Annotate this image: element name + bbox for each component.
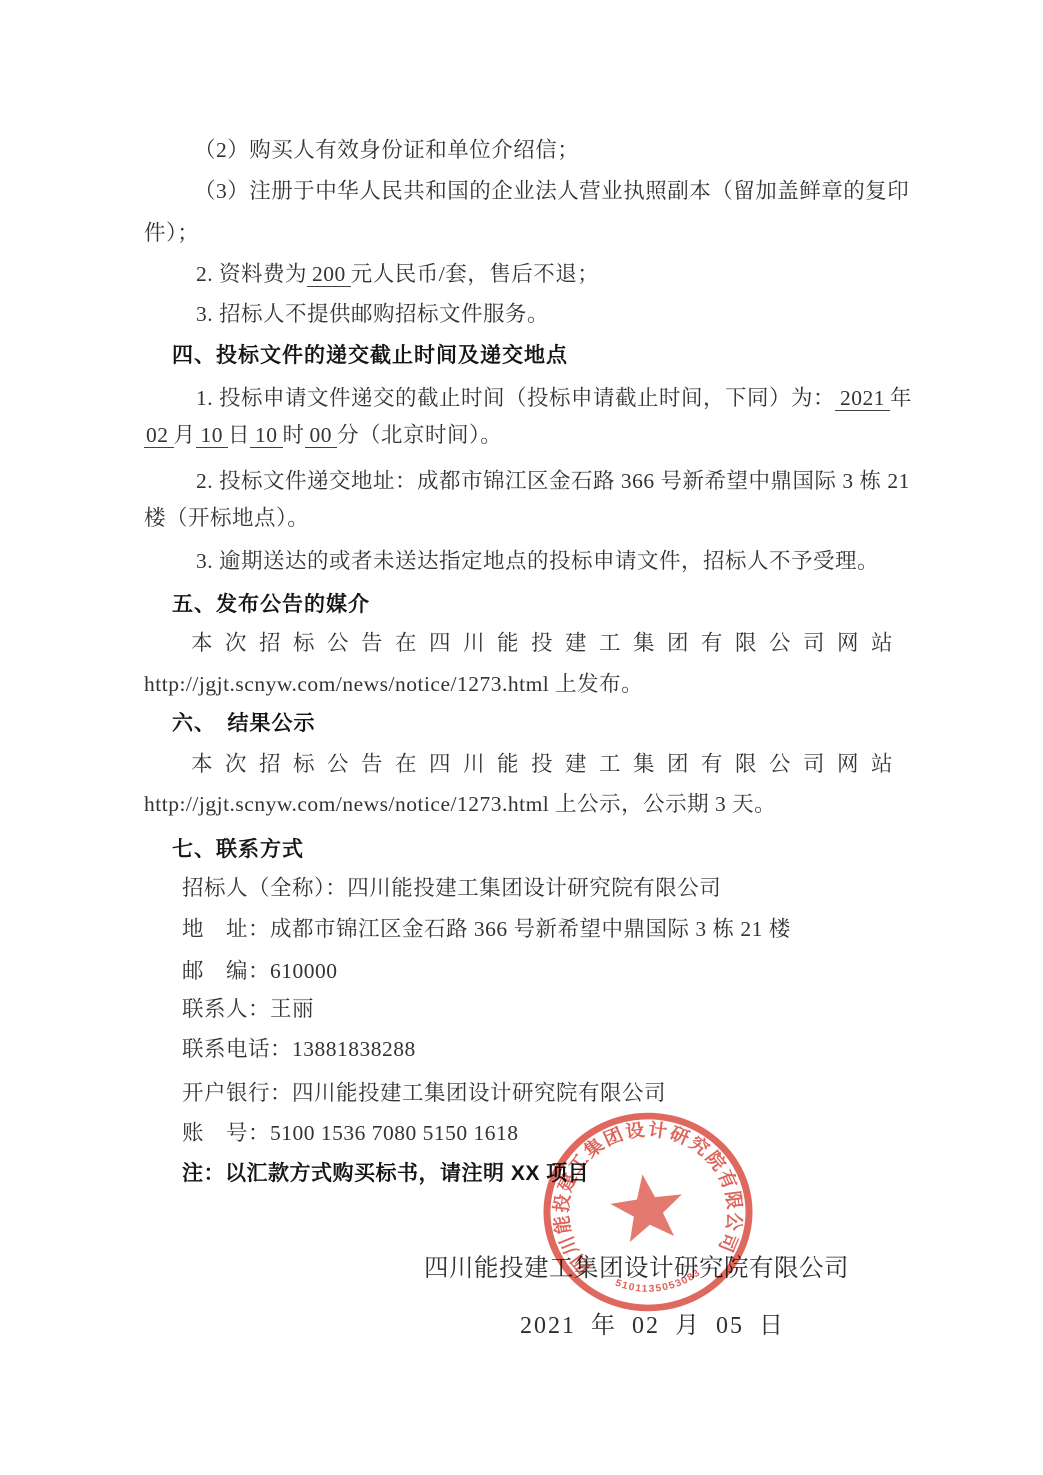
signature-company: 四川能投建工集团设计研究院有限公司 bbox=[424, 1249, 849, 1284]
fee-tail: 元人民币/套，售后不退； bbox=[351, 262, 599, 286]
contact-person-line: 联系人：王丽 bbox=[144, 996, 946, 1023]
deadline-day-unit: 日 bbox=[228, 423, 250, 447]
item-3-line2: 件）； bbox=[144, 220, 908, 247]
postcode-line: 邮 编：610000 bbox=[144, 958, 946, 985]
section-4-heading: 四、投标文件的递交截止时间及递交地点 bbox=[144, 342, 936, 369]
deadline-tail: 分（北京时间）。 bbox=[337, 423, 502, 447]
bank-line: 开户银行：四川能投建工集团设计研究院有限公司 bbox=[144, 1080, 946, 1107]
deadline-year-unit: 年 bbox=[890, 386, 912, 410]
fee-amount-underlined: 200 bbox=[307, 262, 351, 287]
submit-address-line1: 2. 投标文件递交地址：成都市锦江区金石路 366 号新希望中鼎国际 3 栋 2… bbox=[144, 468, 960, 495]
section-6-heading: 六、 结果公示 bbox=[144, 710, 936, 737]
deadline-hour-underlined: 10 bbox=[250, 423, 283, 448]
submit-address-line2: 楼（开标地点）。 bbox=[144, 505, 908, 532]
document-page: （2）购买人有效身份证和单位介绍信； （3）注册于中华人民共和国的企业法人营业执… bbox=[0, 0, 1043, 1475]
deadline-minute-underlined: 00 bbox=[305, 423, 338, 448]
fee-line: 2. 资料费为200元人民币/套，售后不退； bbox=[144, 261, 960, 288]
no-mail-line: 3. 招标人不提供邮购招标文件服务。 bbox=[144, 301, 960, 328]
section-5-heading: 五、发布公告的媒介 bbox=[144, 591, 936, 618]
tenderer-line: 招标人（全称）：四川能投建工集团设计研究院有限公司 bbox=[144, 875, 946, 902]
deadline-month-unit: 月 bbox=[174, 423, 196, 447]
result-publicity-line1: 本次招标公告在四川能投建工集团有限公司网站 bbox=[144, 751, 955, 778]
address-line: 地 址：成都市锦江区金石路 366 号新希望中鼎国际 3 栋 21 楼 bbox=[144, 916, 946, 943]
account-number-line: 账 号：5100 1536 7080 5150 1618 bbox=[144, 1120, 946, 1147]
fee-text: 2. 资料费为 bbox=[196, 262, 307, 286]
deadline-line2: 02月10日10时00分（北京时间）。 bbox=[144, 422, 908, 449]
remittance-note-line: 注：以汇款方式购买标书，请注明 XX 项目 bbox=[144, 1160, 946, 1187]
deadline-line1: 1. 投标申请文件递交的截止时间（投标申请截止时间，下同）为：2021年 bbox=[144, 385, 960, 412]
deadline-day-underlined: 10 bbox=[196, 423, 229, 448]
late-delivery-line: 3. 逾期送达的或者未送达指定地点的投标申请文件，招标人不予受理。 bbox=[144, 548, 960, 575]
item-3-line1: （3）注册于中华人民共和国的企业法人营业执照副本（留加盖鲜章的复印 bbox=[144, 178, 958, 205]
publish-media-line1: 本次招标公告在四川能投建工集团有限公司网站 bbox=[144, 630, 955, 657]
deadline-hour-unit: 时 bbox=[283, 423, 305, 447]
item-2: （2）购买人有效身份证和单位介绍信； bbox=[144, 137, 958, 164]
deadline-text: 1. 投标申请文件递交的截止时间（投标申请截止时间，下同）为： bbox=[196, 386, 835, 410]
result-publicity-url-line: http://jgjt.scnyw.com/news/notice/1273.h… bbox=[144, 791, 908, 818]
deadline-month-underlined: 02 bbox=[144, 423, 174, 448]
signature-date: 2021 年 02 月 05 日 bbox=[520, 1305, 785, 1340]
phone-line: 联系电话：13881838288 bbox=[144, 1036, 946, 1063]
deadline-year-underlined: 2021 bbox=[835, 386, 890, 411]
section-7-heading: 七、联系方式 bbox=[144, 836, 936, 863]
publish-media-url-line: http://jgjt.scnyw.com/news/notice/1273.h… bbox=[144, 671, 908, 698]
